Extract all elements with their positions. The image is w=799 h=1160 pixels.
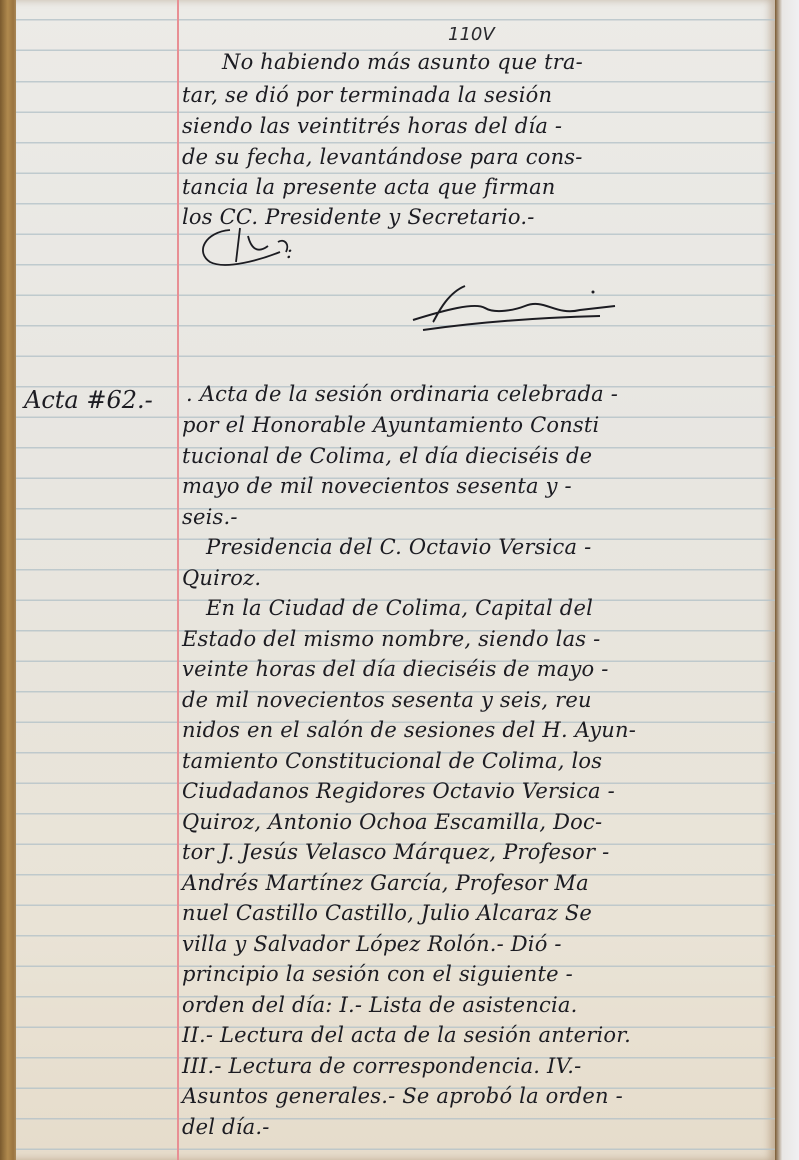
text-line: Andrés Martínez García, Profesor Ma	[182, 871, 589, 895]
text-line: II.- Lectura del acta de la sesión anter…	[182, 1023, 631, 1047]
text-line: nuel Castillo Castillo, Julio Alcaraz Se	[182, 901, 592, 925]
text-line: tar, se dió por terminada la sesión	[182, 83, 552, 107]
text-line: nidos en el salón de sesiones del H. Ayu…	[182, 718, 636, 742]
text-line: orden del día: I.- Lista de asistencia.	[182, 993, 577, 1017]
text-line: Quiroz, Antonio Ochoa Escamilla, Doc-	[182, 810, 602, 834]
text-line: Estado del mismo nombre, siendo las -	[182, 627, 600, 651]
text-line: III.- Lectura de correspondencia. IV.-	[182, 1054, 581, 1078]
text-line: veinte horas del día dieciséis de mayo -	[182, 657, 609, 681]
text-line: Presidencia del C. Octavio Versica -	[206, 535, 591, 559]
text-line: de mil novecientos sesenta y seis, reu	[182, 688, 592, 712]
text-line: No habiendo más asunto que tra-	[222, 50, 583, 74]
acta-number-label: Acta #62.-	[24, 386, 153, 414]
text-line: de su fecha, levantándose para cons-	[182, 145, 583, 169]
text-line: mayo de mil novecientos sesenta y -	[182, 474, 572, 498]
next-page-edge	[775, 0, 799, 1160]
text-line: siendo las veintitrés horas del día -	[182, 114, 562, 138]
text-line: Quiroz.	[182, 566, 261, 590]
text-line: villa y Salvador López Rolón.- Dió -	[182, 932, 562, 956]
red-margin-line	[177, 0, 179, 1160]
text-line: del día.-	[182, 1115, 270, 1139]
ruled-lines	[16, 0, 776, 1160]
text-line: tor J. Jesús Velasco Márquez, Profesor -	[182, 840, 609, 864]
text-line: Ciudadanos Regidores Octavio Versica -	[182, 779, 615, 803]
folio-number: 110V	[448, 24, 495, 45]
text-line: tucional de Colima, el día dieciséis de	[182, 444, 592, 468]
signature-president: :	[190, 222, 310, 272]
signature-secretary	[405, 280, 685, 350]
text-line: seis.-	[182, 505, 238, 529]
text-line: tamiento Constitucional de Colima, los	[182, 749, 602, 773]
svg-text::: :	[286, 239, 293, 263]
text-line: tancia la presente acta que firman	[182, 175, 556, 199]
text-line: principio la sesión con el siguiente -	[182, 962, 573, 986]
text-line: En la Ciudad de Colima, Capital del	[206, 596, 593, 620]
text-line: Asuntos generales.- Se aprobó la orden -	[182, 1084, 623, 1108]
text-line: . Acta de la sesión ordinaria celebrada …	[186, 382, 618, 406]
text-line: por el Honorable Ayuntamiento Consti	[182, 413, 599, 437]
